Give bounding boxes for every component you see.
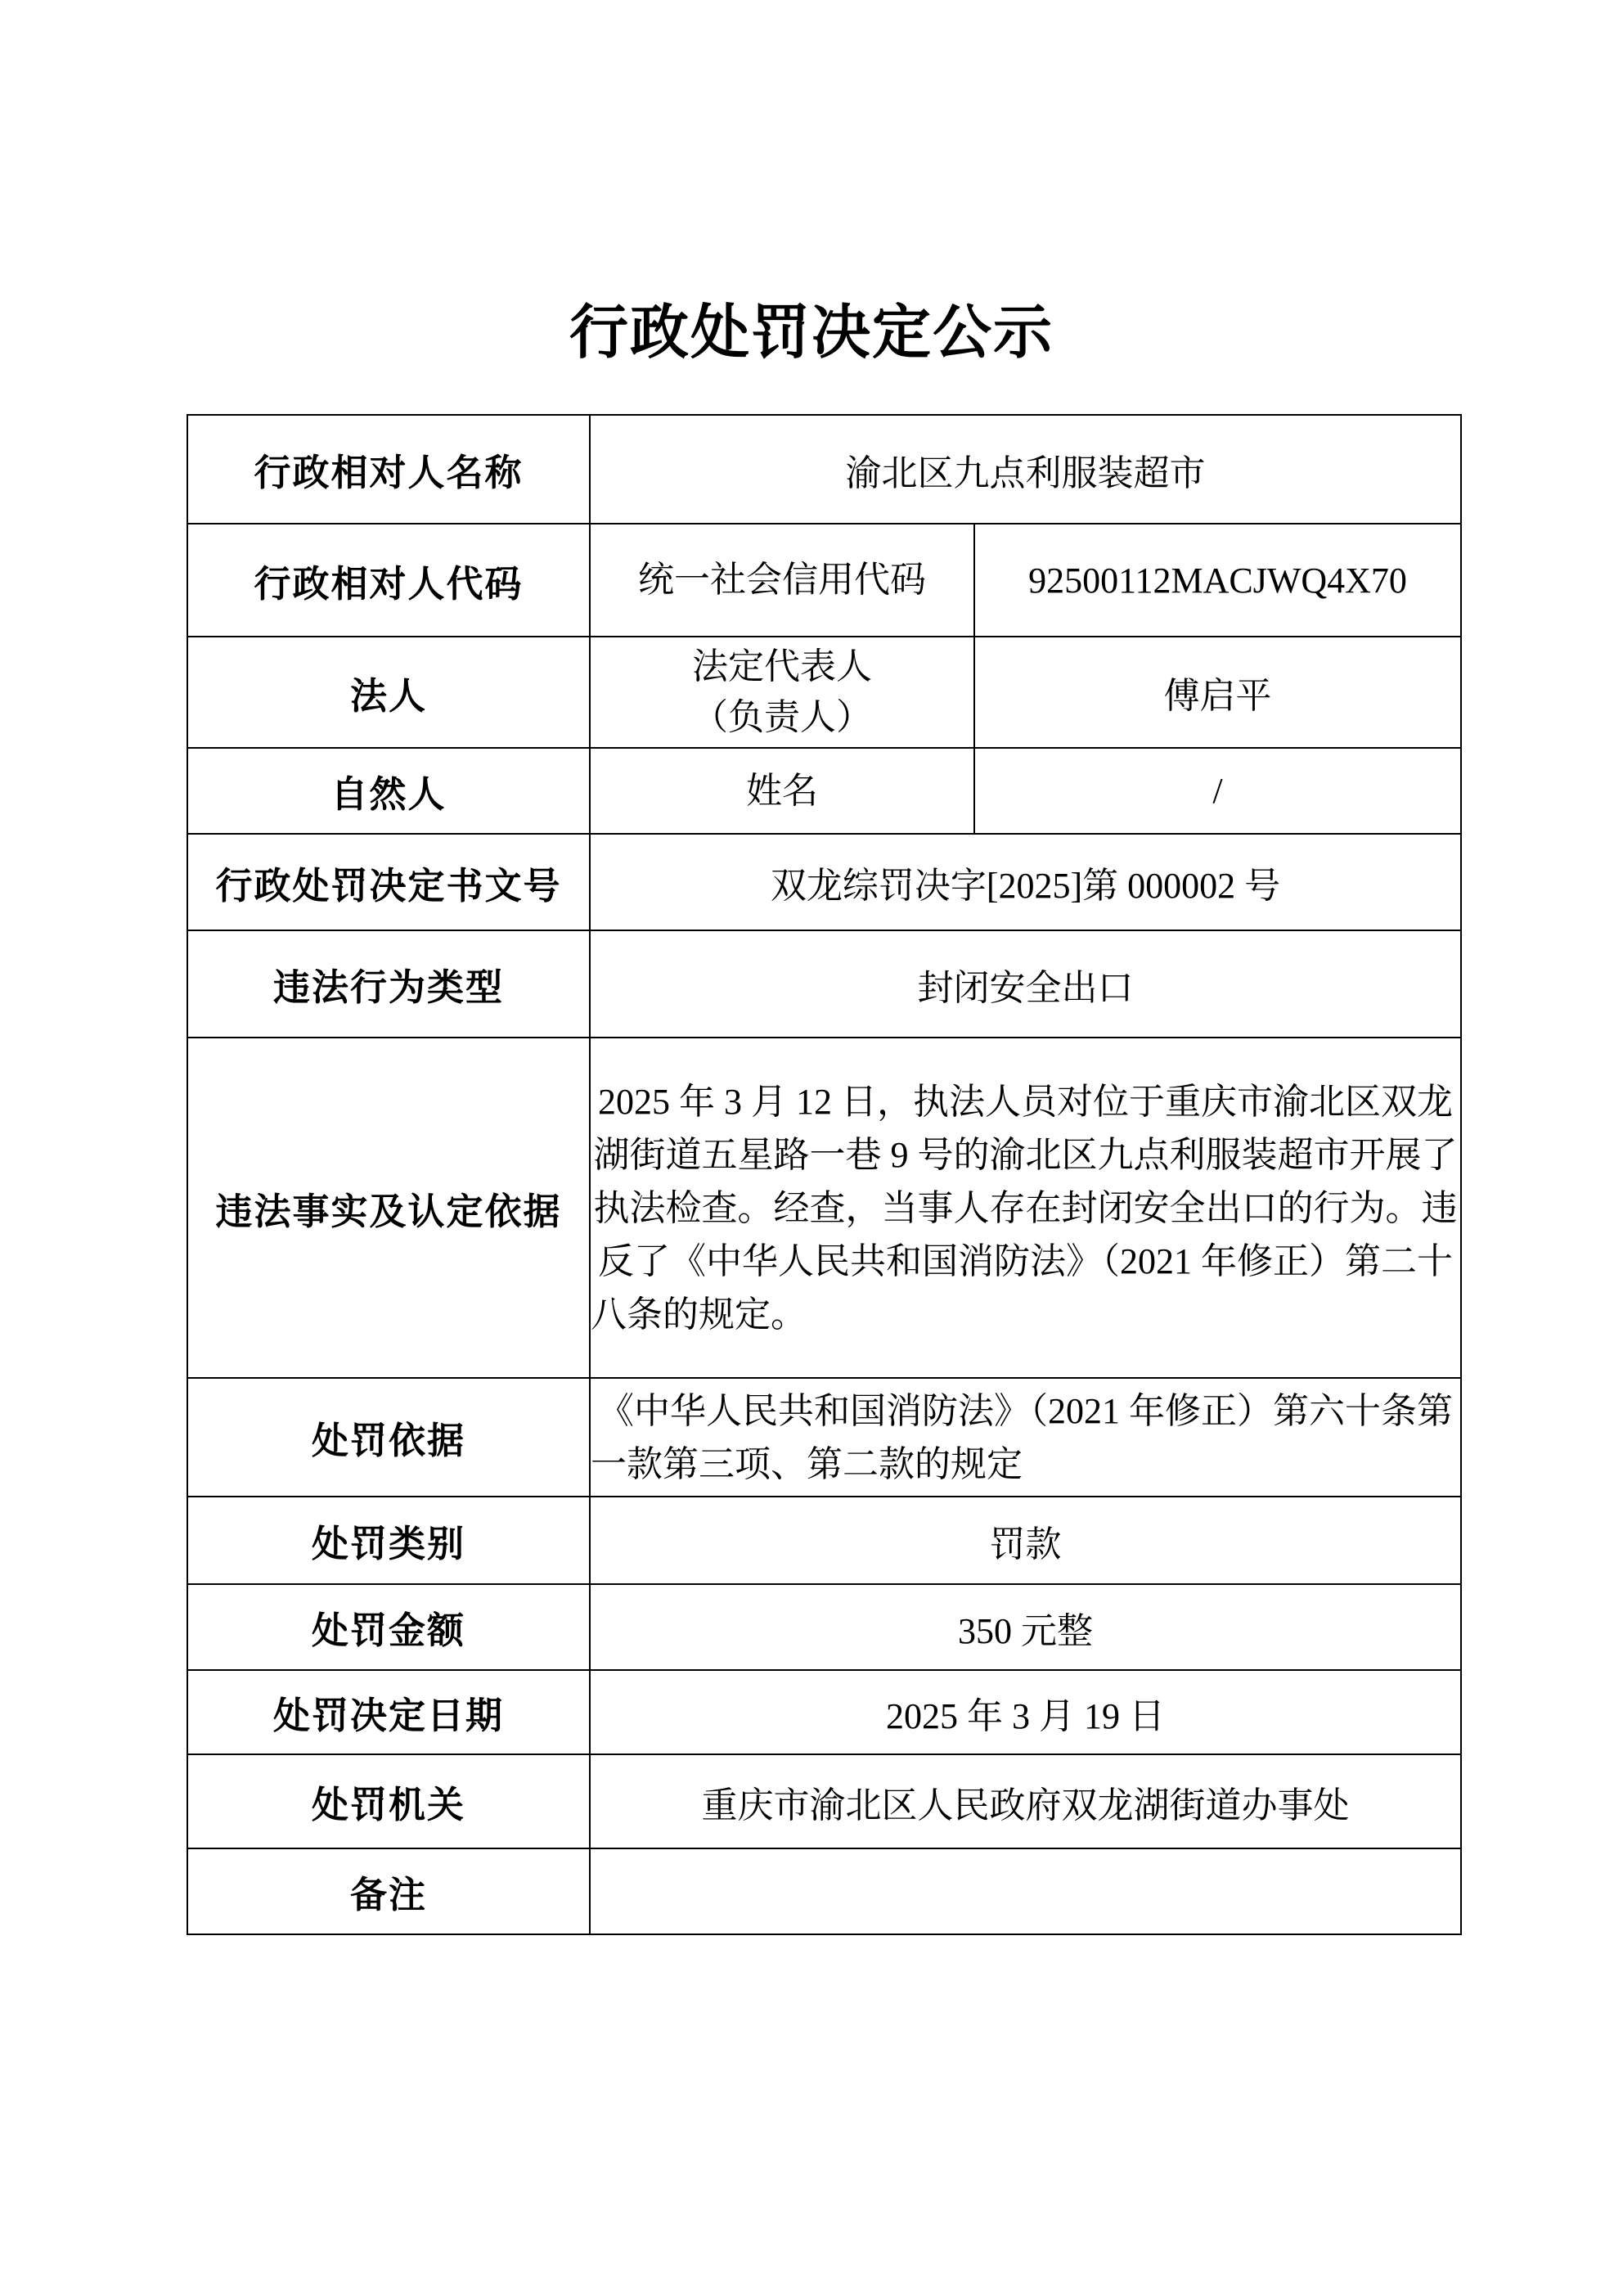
table-row-subject-code: 行政相对人代码 统一社会信用代码 92500112MACJWQ4X70 — [187, 524, 1461, 637]
table-row-penalty-amount: 处罚金额 350 元整 — [187, 1584, 1461, 1670]
row-value: / — [974, 748, 1461, 834]
table-row-decision-date: 处罚决定日期 2025 年 3 月 19 日 — [187, 1670, 1461, 1754]
row-value: 2025 年 3 月 19 日 — [590, 1670, 1461, 1754]
table-row-subject-name: 行政相对人名称 渝北区九点利服装超市 — [187, 415, 1461, 524]
row-value: 350 元整 — [590, 1584, 1461, 1670]
row-label: 处罚类别 — [187, 1497, 590, 1584]
row-label: 处罚机关 — [187, 1754, 590, 1848]
table-row-remarks: 备注 — [187, 1848, 1461, 1934]
penalty-decision-document: 行政处罚决定公示 行政相对人名称 渝北区九点利服装超市 行政相对人代码 统一社会… — [0, 0, 1623, 2296]
row-label: 备注 — [187, 1848, 590, 1934]
row-value: 《中华人民共和国消防法》（2021 年修正）第六十条第一款第三项、第二款的规定 — [590, 1378, 1461, 1497]
row-value: 双龙综罚决字[2025]第 000002 号 — [590, 834, 1461, 930]
table-row-penalty-basis: 处罚依据 《中华人民共和国消防法》（2021 年修正）第六十条第一款第三项、第二… — [187, 1378, 1461, 1497]
row-label: 违法事实及认定依据 — [187, 1038, 590, 1378]
row-label: 自然人 — [187, 748, 590, 834]
row-label: 处罚金额 — [187, 1584, 590, 1670]
row-label: 行政相对人名称 — [187, 415, 590, 524]
table-row-legal-person: 法人 法定代表人 （负责人） 傅启平 — [187, 637, 1461, 748]
table-row-penalty-category: 处罚类别 罚款 — [187, 1497, 1461, 1584]
row-value: 92500112MACJWQ4X70 — [974, 524, 1461, 637]
row-value: 傅启平 — [974, 637, 1461, 748]
row-value: 渝北区九点利服装超市 — [590, 415, 1461, 524]
row-value: 罚款 — [590, 1497, 1461, 1584]
penalty-table: 行政相对人名称 渝北区九点利服装超市 行政相对人代码 统一社会信用代码 9250… — [187, 414, 1462, 1935]
row-value: 2025 年 3 月 12 日，执法人员对位于重庆市渝北区双龙湖街道五星路一巷 … — [590, 1038, 1461, 1378]
table-row-decision-number: 行政处罚决定书文号 双龙综罚决字[2025]第 000002 号 — [187, 834, 1461, 930]
row-label: 行政相对人代码 — [187, 524, 590, 637]
table-row-violation-type: 违法行为类型 封闭安全出口 — [187, 930, 1461, 1038]
row-label: 违法行为类型 — [187, 930, 590, 1038]
page-title: 行政处罚决定公示 — [0, 301, 1623, 366]
row-value: 封闭安全出口 — [590, 930, 1461, 1038]
row-label: 处罚依据 — [187, 1378, 590, 1497]
row-label: 法人 — [187, 637, 590, 748]
row-value: 重庆市渝北区人民政府双龙湖街道办事处 — [590, 1754, 1461, 1848]
row-sub-label: 姓名 — [590, 748, 974, 834]
table-row-violation-facts: 违法事实及认定依据 2025 年 3 月 12 日，执法人员对位于重庆市渝北区双… — [187, 1038, 1461, 1378]
table-row-penalty-authority: 处罚机关 重庆市渝北区人民政府双龙湖街道办事处 — [187, 1754, 1461, 1848]
row-value — [590, 1848, 1461, 1934]
row-sub-label: 统一社会信用代码 — [590, 524, 974, 637]
row-label: 处罚决定日期 — [187, 1670, 590, 1754]
row-sub-label: 法定代表人 （负责人） — [590, 637, 974, 748]
row-label: 行政处罚决定书文号 — [187, 834, 590, 930]
table-row-natural-person: 自然人 姓名 / — [187, 748, 1461, 834]
